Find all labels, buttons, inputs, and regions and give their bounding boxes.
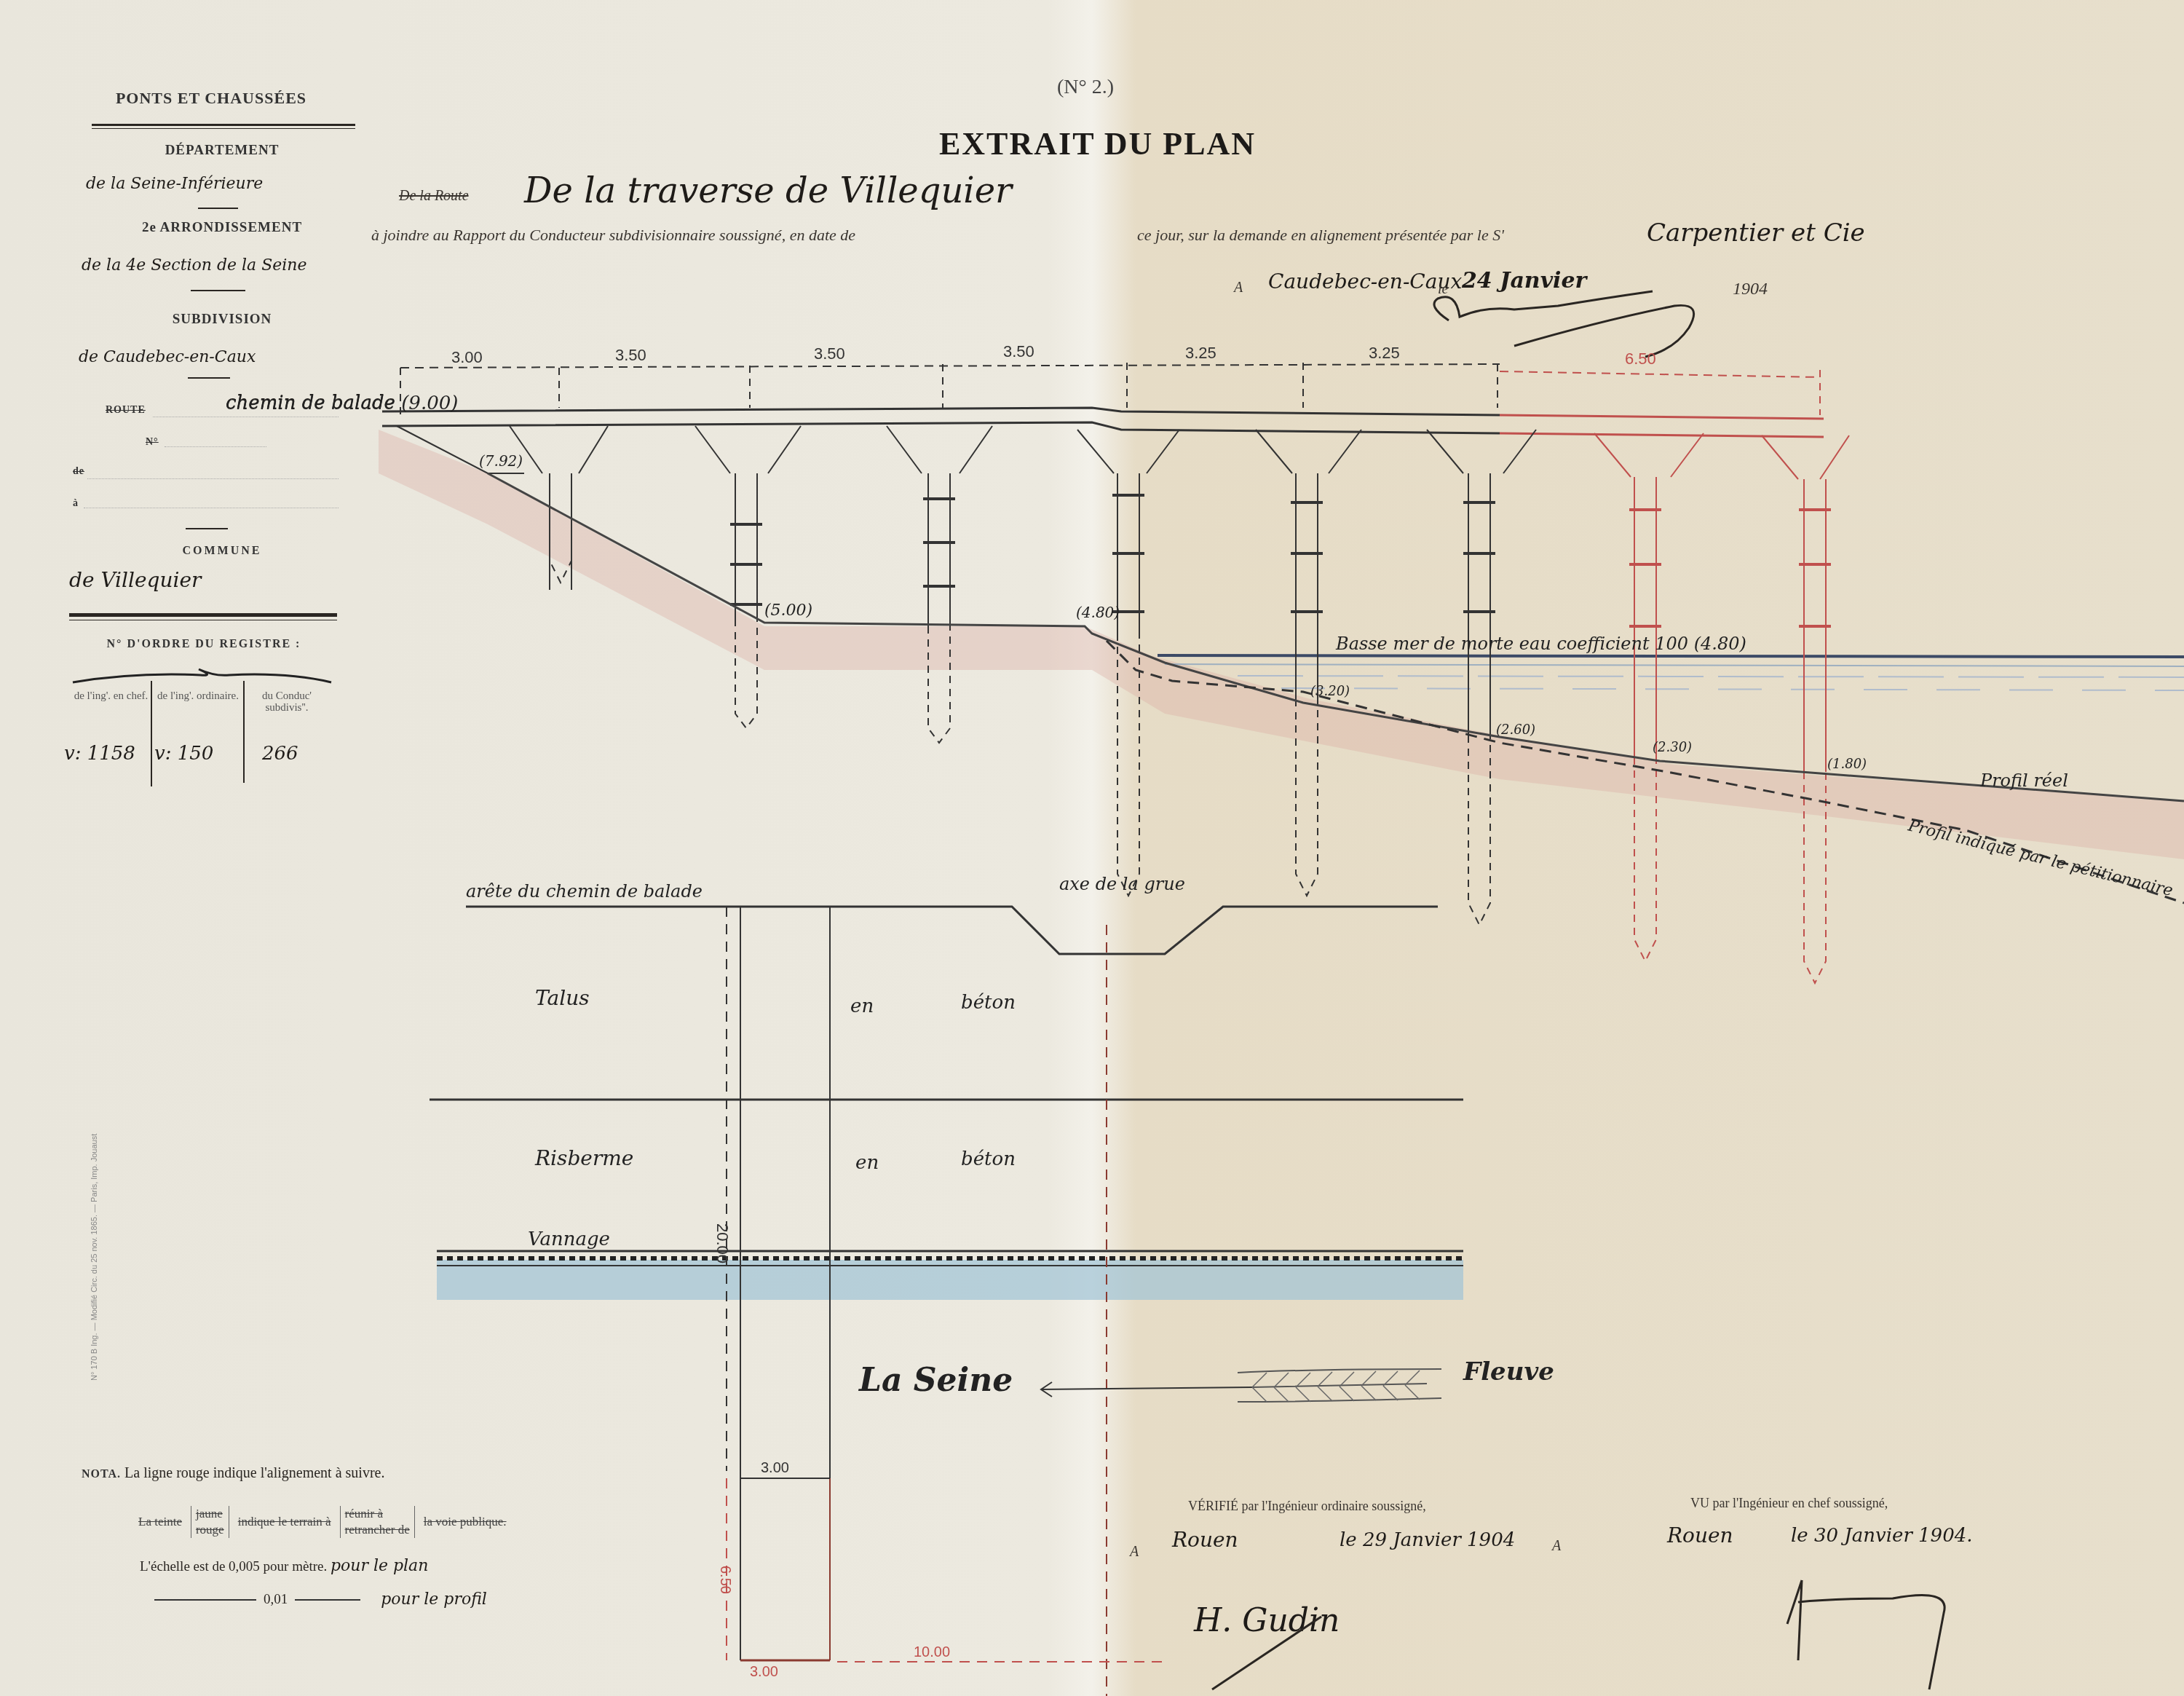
signature-chef-icon — [0, 0, 2184, 1696]
